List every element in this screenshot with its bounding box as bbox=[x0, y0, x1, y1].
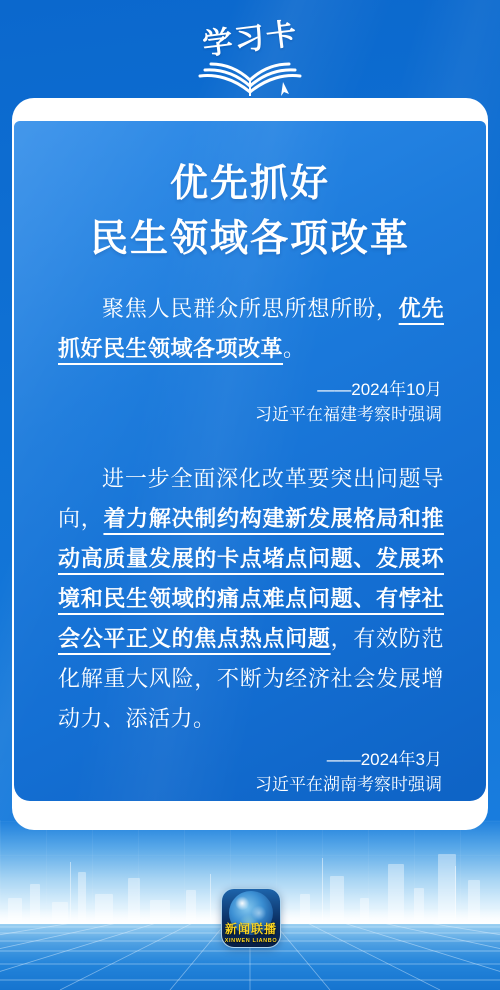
quote-attribution: ——2024年10月 习近平在福建考察时强调 bbox=[58, 377, 444, 427]
quote-regular-text: 聚焦人民群众所思所想所盼， bbox=[102, 296, 399, 321]
card-title: 优先抓好 民生领域各项改革 bbox=[14, 121, 486, 267]
bookmark-icon bbox=[281, 82, 289, 96]
xuexika-logo-text: 学习卡 bbox=[200, 8, 301, 63]
quote-block-2: 进一步全面深化改革要突出问题导向，着力解决制约构建新发展格局和推动高质量发展的卡… bbox=[58, 459, 444, 797]
attribution-date: ——2024年10月 bbox=[58, 377, 442, 402]
quote-attribution: ——2024年3月 习近平在湖南考察时强调 bbox=[58, 747, 444, 797]
quote-block-1: 聚焦人民群众所思所想所盼，优先抓好民生领域各项改革。 ——2024年10月 习近… bbox=[58, 289, 444, 427]
attribution-source: 习近平在湖南考察时强调 bbox=[58, 772, 442, 797]
header-logo: 学习卡 bbox=[0, 14, 500, 96]
app-icon-subtitle: XINWEN LIANBO bbox=[222, 938, 280, 944]
quote-paragraph: 聚焦人民群众所思所想所盼，优先抓好民生领域各项改革。 bbox=[58, 289, 444, 369]
quote-regular-text: 。 bbox=[283, 336, 306, 361]
attribution-date: ——2024年3月 bbox=[58, 747, 442, 772]
card-title-line2: 民生领域各项改革 bbox=[14, 212, 486, 267]
card-title-line1: 优先抓好 bbox=[14, 157, 486, 212]
xinwen-lianbo-app-icon: 新闻联播 XINWEN LIANBO bbox=[221, 888, 281, 948]
app-icon-title: 新闻联播 bbox=[222, 920, 280, 937]
attribution-source: 习近平在福建考察时强调 bbox=[58, 402, 442, 427]
poster: 学习卡 优先抓好 民生领域各项改革 聚焦 bbox=[0, 0, 500, 990]
card-panel: 优先抓好 民生领域各项改革 聚焦人民群众所思所想所盼，优先抓好民生领域各项改革。… bbox=[14, 121, 486, 801]
quote-paragraph: 进一步全面深化改革要突出问题导向，着力解决制约构建新发展格局和推动高质量发展的卡… bbox=[58, 459, 444, 739]
quote-card: 优先抓好 民生领域各项改革 聚焦人民群众所思所想所盼，优先抓好民生领域各项改革。… bbox=[12, 98, 488, 830]
